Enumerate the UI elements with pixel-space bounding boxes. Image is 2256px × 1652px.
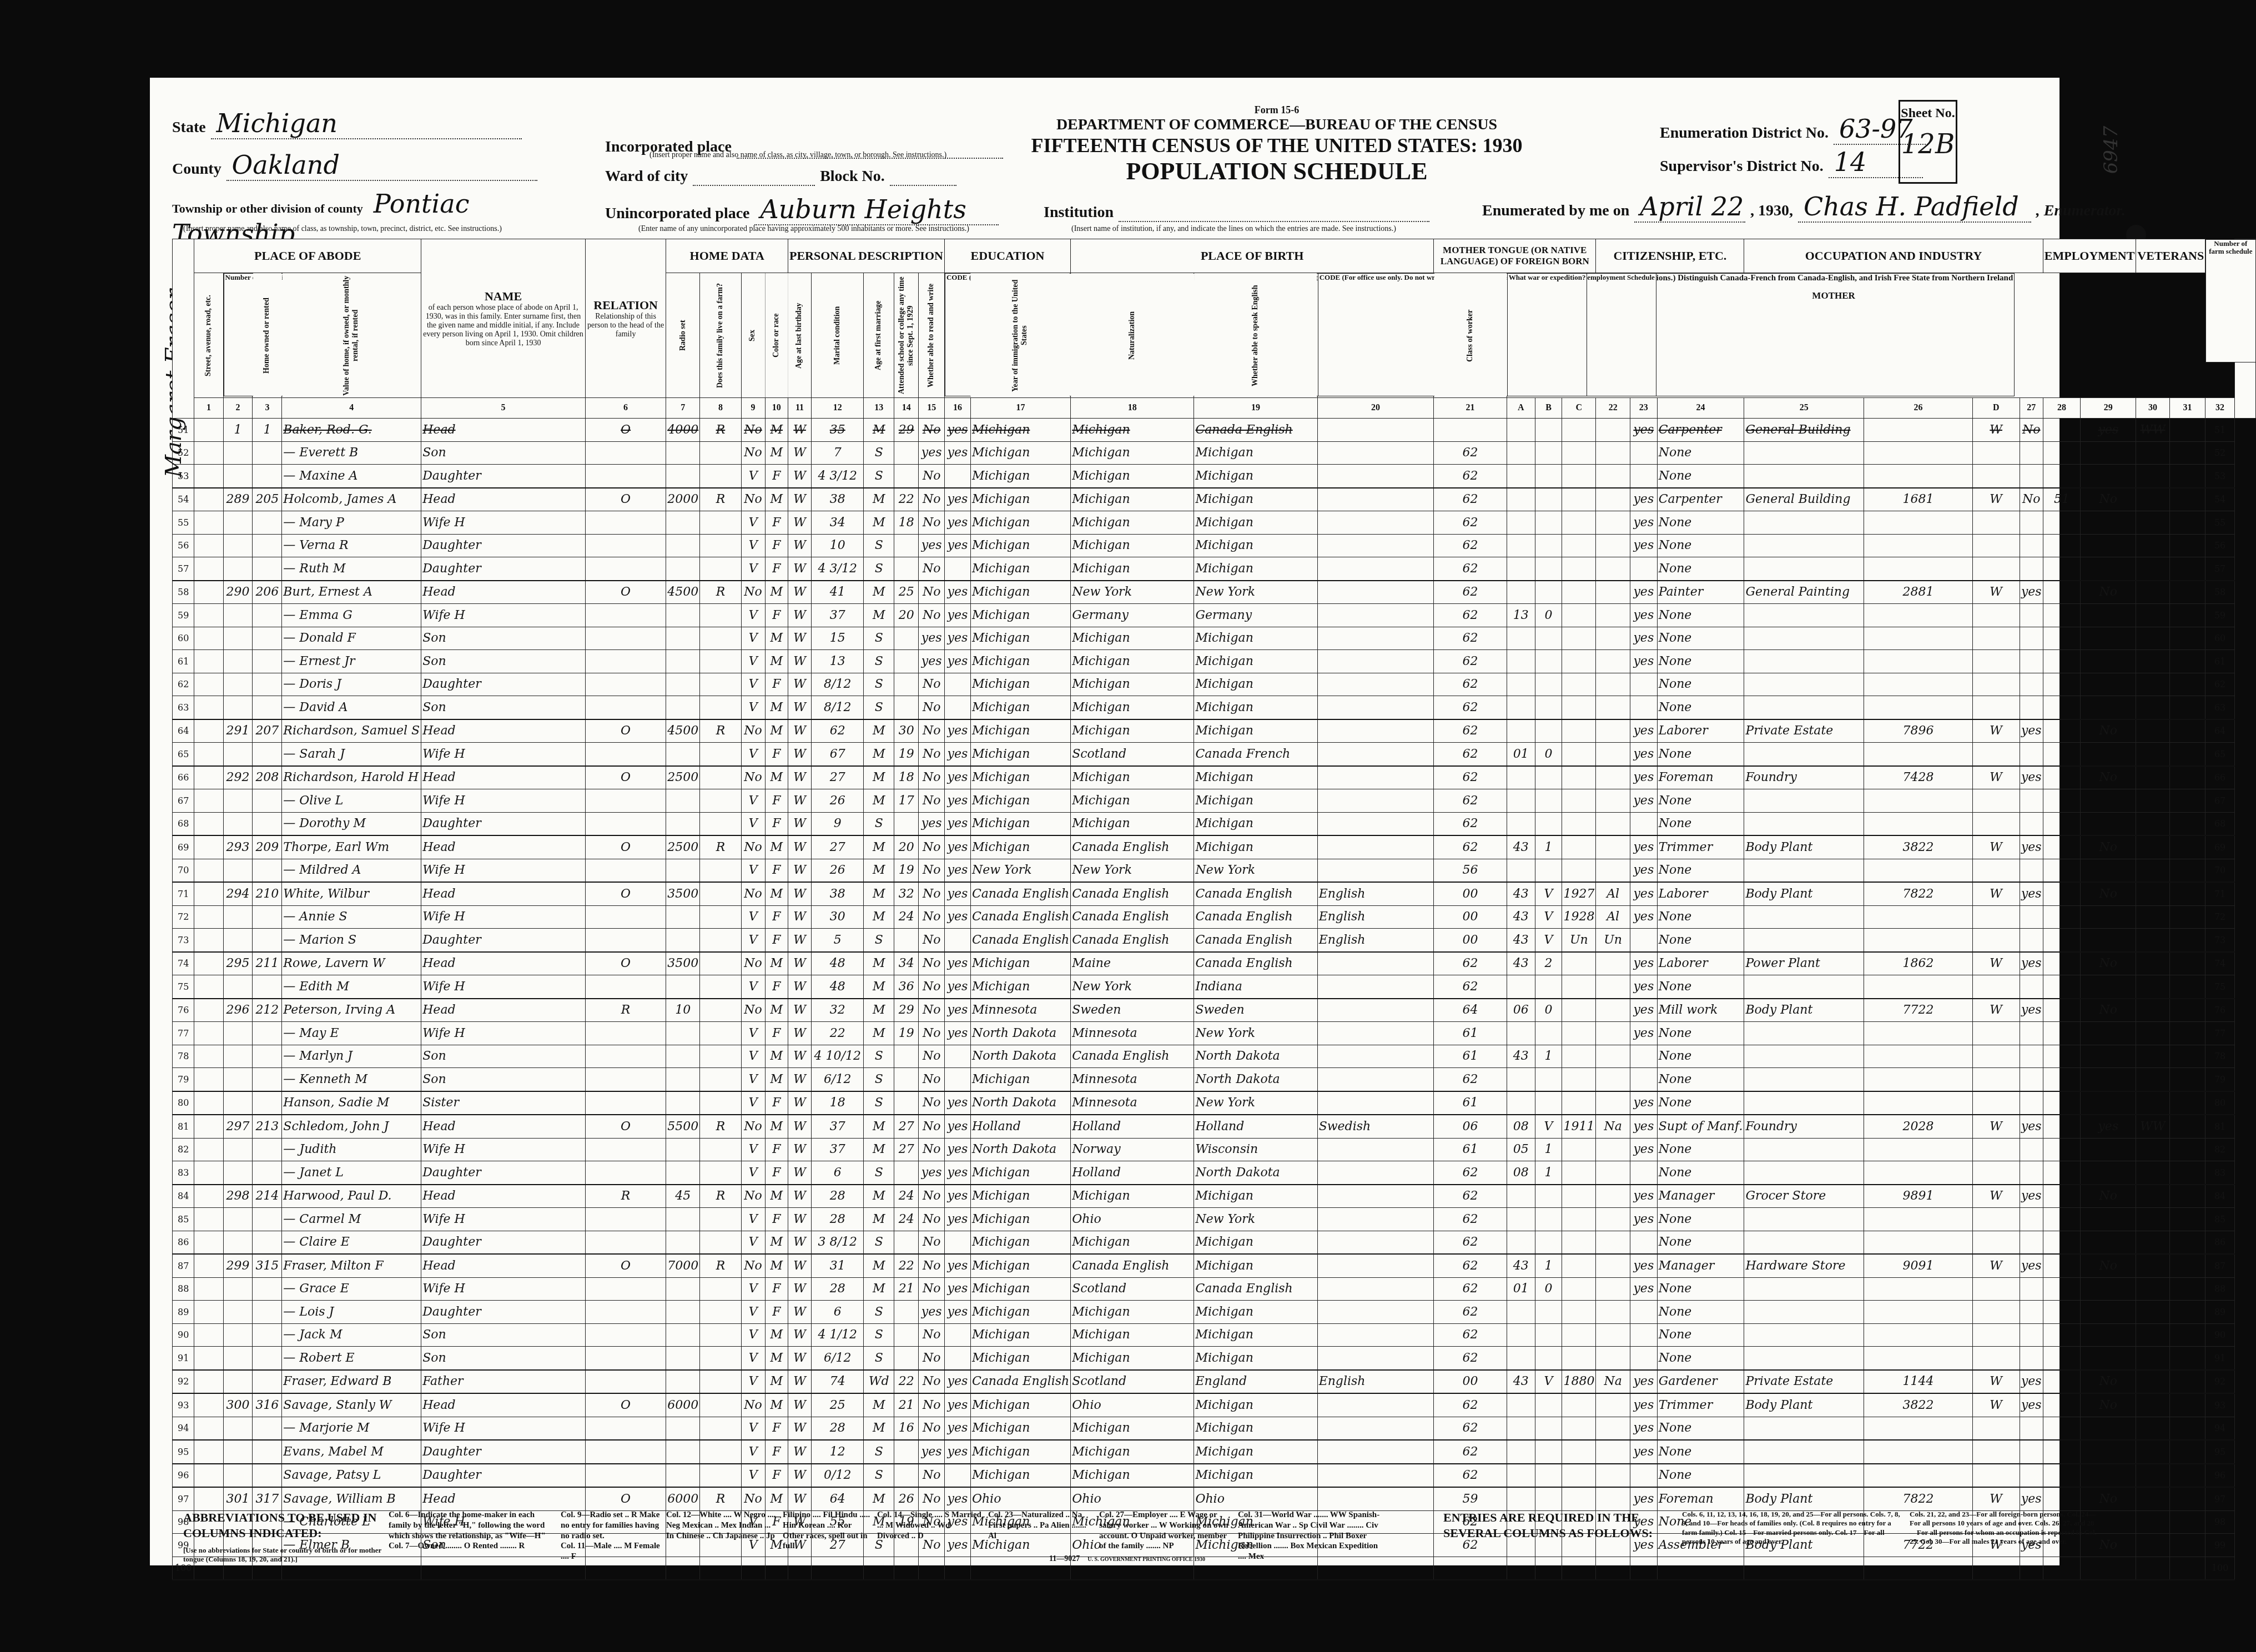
cell-sch: yes <box>919 1161 944 1185</box>
cell-bpf: Canada English <box>1071 1045 1194 1068</box>
cell-lang <box>1317 812 1433 835</box>
cell-read: yes <box>944 604 970 627</box>
cell-work: No <box>2020 419 2043 442</box>
cell-lang <box>1317 835 1433 859</box>
cell-cA: 62 <box>1434 1208 1507 1231</box>
cell-farmsch <box>2169 1440 2205 1464</box>
cell-eng <box>1630 557 1657 581</box>
cell-race: W <box>788 1138 811 1161</box>
line-number-right: 63 <box>2205 696 2235 719</box>
cell-vet <box>2081 743 2136 766</box>
cell-nat <box>1596 1393 1630 1417</box>
cell-dw <box>223 604 253 627</box>
cell-eng: yes <box>1630 1417 1657 1440</box>
cell-cD <box>1864 1557 1972 1580</box>
cell-sch: yes <box>919 441 944 465</box>
cell-bpm: Michigan <box>1194 1440 1317 1464</box>
cell-bpf: Canada English <box>1071 929 1194 952</box>
cell-agem <box>894 1464 919 1488</box>
cell-farmsch <box>2169 882 2205 905</box>
cell-bpf: Michigan <box>1071 1464 1194 1488</box>
cell-age: 41 <box>812 581 864 604</box>
cell-nat <box>1596 441 1630 465</box>
cell-work <box>2020 1045 2043 1068</box>
cell-agem: 26 <box>894 1487 919 1510</box>
cell-cA: 62 <box>1434 1393 1507 1417</box>
cell-cB <box>1507 1022 1535 1045</box>
cell-work: yes <box>2020 999 2043 1022</box>
table-row: 55— Mary PWife HVFW34M18NoyesMichiganMic… <box>173 511 2256 535</box>
cell-farmsch <box>2169 1534 2205 1557</box>
line-number: 63 <box>173 696 194 719</box>
cell-eng <box>1630 441 1657 465</box>
cell-imm <box>1562 465 1596 488</box>
enumeration-date-field: Enumerated by me on April 22 , 1930, Cha… <box>1482 192 2126 223</box>
cell-sex: M <box>765 999 788 1022</box>
cell-race: W <box>788 999 811 1022</box>
cell-race: W <box>788 743 811 766</box>
cell-occ <box>1657 1557 1744 1580</box>
cell-cD <box>1864 557 1972 581</box>
cell-work <box>2020 1347 2043 1370</box>
line-number: 56 <box>173 534 194 557</box>
cell-bpf: Minnesota <box>1071 1068 1194 1091</box>
cell-own <box>585 627 666 650</box>
cell-cB <box>1507 1301 1535 1324</box>
cell-mar: M <box>864 419 894 442</box>
cell-name: Baker, Rod. G. <box>282 419 421 442</box>
cell-name: — Mary P <box>282 511 421 535</box>
cell-ind <box>1744 650 1864 673</box>
cell-imm: Un <box>1562 929 1596 952</box>
cell-agem <box>894 1045 919 1068</box>
cell-name: — Everett B <box>282 441 421 465</box>
cell-radio <box>700 1022 741 1045</box>
cell-cC <box>1535 1464 1562 1488</box>
cell-radio: R <box>700 419 741 442</box>
cell-fam <box>253 1022 282 1045</box>
cell-farmsch <box>2169 1091 2205 1115</box>
cell-cC <box>1535 419 1562 442</box>
cell-name: — Grace E <box>282 1277 421 1301</box>
cell-cA: 62 <box>1434 534 1507 557</box>
cell-nat: Un <box>1596 929 1630 952</box>
column-number: 32 <box>2205 398 2235 419</box>
cell-agem <box>894 534 919 557</box>
cell-val <box>666 1301 700 1324</box>
cell-cD <box>1864 441 1972 465</box>
cell-bp: Michigan <box>970 1417 1070 1440</box>
cell-cB <box>1507 1323 1535 1347</box>
cell-lang <box>1317 419 1433 442</box>
cell-occ: None <box>1657 1464 1744 1488</box>
line-number-right: 56 <box>2205 534 2235 557</box>
cell-lang <box>1317 999 1433 1022</box>
header-race: Color or race <box>765 273 788 398</box>
cell-vet <box>2081 1045 2136 1068</box>
cell-nat <box>1596 975 1630 999</box>
cell-fam <box>253 1045 282 1068</box>
cell-fam <box>253 743 282 766</box>
cell-war <box>2136 1301 2169 1324</box>
cell-own: O <box>585 1115 666 1138</box>
cell-dw <box>223 557 253 581</box>
line-number: 67 <box>173 789 194 813</box>
cell-fam <box>253 1277 282 1301</box>
line-number-right: 57 <box>2205 557 2235 581</box>
cell-farmsch <box>2169 1557 2205 1580</box>
cell-name: — Lois J <box>282 1301 421 1324</box>
cell-eng: yes <box>1630 419 1657 442</box>
cell-rel: Son <box>421 696 586 719</box>
cell-imm <box>1562 766 1596 789</box>
incorporated-note: (Insert proper name and also name of cla… <box>649 151 946 160</box>
cell-imm: 1928 <box>1562 905 1596 929</box>
cell-street <box>194 1208 223 1231</box>
cell-race: W <box>788 465 811 488</box>
cell-age: 7 <box>812 441 864 465</box>
cell-mar: M <box>864 905 894 929</box>
cell-agem: 22 <box>894 1254 919 1277</box>
cell-farmsch <box>2169 1510 2205 1534</box>
cell-age: 10 <box>812 534 864 557</box>
line-number-right: 85 <box>2205 1208 2235 1231</box>
cell-farm: V <box>741 1370 765 1394</box>
cell-name: — Ernest Jr <box>282 650 421 673</box>
line-number: 79 <box>173 1068 194 1091</box>
enumeration-date: April 22 <box>1640 192 1744 221</box>
cell-vet <box>2081 1138 2136 1161</box>
cell-dw: 1 <box>223 419 253 442</box>
cell-vet: No <box>2081 952 2136 975</box>
cell-bp: Michigan <box>970 488 1070 511</box>
cell-name: — Verna R <box>282 534 421 557</box>
cell-vet <box>2081 1091 2136 1115</box>
cell-mar: M <box>864 1208 894 1231</box>
cell-lang <box>1317 673 1433 696</box>
cell-cA: 62 <box>1434 1440 1507 1464</box>
cell-val: 3500 <box>666 882 700 905</box>
cell-work <box>2020 812 2043 835</box>
cell-unemp <box>2043 1370 2081 1394</box>
header-class-worker: Class of worker <box>1434 273 1507 398</box>
cell-cB: 06 <box>1507 999 1535 1022</box>
cell-war <box>2136 1161 2169 1185</box>
cell-dw <box>223 1464 253 1488</box>
footer-entries-1: Cols. 6, 11, 12, 13, 14, 16, 18, 19, 20,… <box>1682 1510 1904 1546</box>
cell-agem: 36 <box>894 975 919 999</box>
cell-dw: 300 <box>223 1393 253 1417</box>
column-number: D <box>1972 398 2020 419</box>
cell-unemp <box>2043 812 2081 835</box>
cell-rel: Wife H <box>421 859 586 882</box>
cell-bp: Canada English <box>970 905 1070 929</box>
cell-eng <box>1630 1301 1657 1324</box>
cell-unemp <box>2043 1231 2081 1254</box>
cell-occ: None <box>1657 534 1744 557</box>
cell-street <box>194 419 223 442</box>
cell-radio <box>700 1068 741 1091</box>
cell-ind: Body Plant <box>1744 1487 1864 1510</box>
cell-read: yes <box>944 812 970 835</box>
cell-bpf: Michigan <box>1071 488 1194 511</box>
cell-own <box>585 604 666 627</box>
line-number-right: 91 <box>2205 1347 2235 1370</box>
cell-fam <box>253 604 282 627</box>
cell-race: W <box>788 882 811 905</box>
cell-bpf: Michigan <box>1071 627 1194 650</box>
cell-imm <box>1562 696 1596 719</box>
footer-col14: Col. 14—Single .... S Married ... M Wido… <box>877 1510 983 1541</box>
cell-fam <box>253 1091 282 1115</box>
footer-col12: Col. 12—White .... W Negro .... Neg Mexi… <box>666 1510 777 1541</box>
cell-age: 4 10/12 <box>812 1045 864 1068</box>
cell-lang <box>1317 581 1433 604</box>
cell-sch: No <box>919 835 944 859</box>
cell-nat <box>1596 789 1630 813</box>
cell-sex: F <box>765 859 788 882</box>
cell-cls <box>1972 1231 2020 1254</box>
cell-cls <box>1972 929 2020 952</box>
cell-read <box>944 1323 970 1347</box>
cell-read: yes <box>944 1254 970 1277</box>
cell-agem <box>894 812 919 835</box>
cell-age: 31 <box>812 1254 864 1277</box>
line-number-right: 80 <box>2205 1091 2235 1115</box>
cell-cB: 43 <box>1507 952 1535 975</box>
cell-bpm: North Dakota <box>1194 1161 1317 1185</box>
cell-agem <box>894 627 919 650</box>
cell-mar: M <box>864 1022 894 1045</box>
cell-age: 4 3/12 <box>812 557 864 581</box>
cell-cD <box>1864 1138 1972 1161</box>
cell-read: yes <box>944 1370 970 1394</box>
cell-bpm: North Dakota <box>1194 1068 1317 1091</box>
cell-sex: M <box>765 1370 788 1394</box>
cell-mar: M <box>864 835 894 859</box>
cell-val <box>666 975 700 999</box>
cell-imm: 1911 <box>1562 1115 1596 1138</box>
cell-sex: M <box>765 1115 788 1138</box>
cell-radio <box>700 1417 741 1440</box>
cell-work: yes <box>2020 766 2043 789</box>
cell-own <box>585 534 666 557</box>
cell-rel: Wife H <box>421 1277 586 1301</box>
cell-rel: Wife H <box>421 1138 586 1161</box>
line-number-right: 59 <box>2205 604 2235 627</box>
table-row: 87299315Fraser, Milton FHeadO7000RNoMW31… <box>173 1254 2256 1277</box>
cell-farmsch <box>2169 1301 2205 1324</box>
cell-occ: None <box>1657 1068 1744 1091</box>
cell-mar: M <box>864 789 894 813</box>
cell-sex: F <box>765 1301 788 1324</box>
cell-age: 27 <box>812 766 864 789</box>
cell-cB: 05 <box>1507 1138 1535 1161</box>
line-number-right: 89 <box>2205 1301 2235 1324</box>
cell-cD: 2881 <box>1864 581 1972 604</box>
cell-unemp <box>2043 1464 2081 1488</box>
cell-race: W <box>788 1301 811 1324</box>
cell-occ: None <box>1657 1323 1744 1347</box>
cell-cA: 62 <box>1434 743 1507 766</box>
cell-own <box>585 1277 666 1301</box>
cell-cls: W <box>1972 1487 2020 1510</box>
cell-ind: Hardware Store <box>1744 1254 1864 1277</box>
cell-bp: Michigan <box>970 766 1070 789</box>
cell-cC: V <box>1535 882 1562 905</box>
cell-lang <box>1317 743 1433 766</box>
cell-street <box>194 673 223 696</box>
cell-war <box>2136 882 2169 905</box>
cell-read <box>944 1045 970 1068</box>
cell-cC: V <box>1535 1115 1562 1138</box>
line-number-right: 73 <box>2205 929 2235 952</box>
table-row: 54289205Holcomb, James AHeadO2000RNoMW38… <box>173 488 2256 511</box>
table-row: 94— Marjorie MWife HVFW28M16NoyesMichiga… <box>173 1417 2256 1440</box>
table-row: 62— Doris JDaughterVFW8/12SNoMichiganMic… <box>173 673 2256 696</box>
cell-radio <box>700 511 741 535</box>
cell-cB <box>1507 1557 1535 1580</box>
cell-val <box>666 1208 700 1231</box>
cell-age: 74 <box>812 1370 864 1394</box>
cell-sch: No <box>919 975 944 999</box>
cell-own <box>585 929 666 952</box>
cell-val <box>666 696 700 719</box>
cell-sch: No <box>919 905 944 929</box>
cell-nat <box>1596 1068 1630 1091</box>
cell-nat <box>1596 835 1630 859</box>
cell-imm <box>1562 1347 1596 1370</box>
cell-read: yes <box>944 859 970 882</box>
cell-ind <box>1744 1138 1864 1161</box>
header-home-owned: Home owned or rented <box>253 273 282 398</box>
cell-street <box>194 581 223 604</box>
cell-agem: 24 <box>894 1185 919 1208</box>
column-number-row: 123456789101112131415161718192021ABC2223… <box>173 398 2256 419</box>
cell-farmsch <box>2169 1231 2205 1254</box>
cell-radio: R <box>700 1254 741 1277</box>
cell-sex: F <box>765 1464 788 1488</box>
line-number: 87 <box>173 1254 194 1277</box>
cell-sex: F <box>765 905 788 929</box>
cell-lang <box>1317 604 1433 627</box>
cell-imm <box>1562 604 1596 627</box>
cell-cls <box>1972 465 2020 488</box>
cell-lang <box>1317 1440 1433 1464</box>
cell-unemp <box>2043 1254 2081 1277</box>
cell-street <box>194 1138 223 1161</box>
column-number: 4 <box>282 398 421 419</box>
cell-occ: Trimmer <box>1657 835 1744 859</box>
cell-eng <box>1630 1347 1657 1370</box>
cell-occ: Foreman <box>1657 1487 1744 1510</box>
cell-eng: yes <box>1630 1393 1657 1417</box>
cell-rel: Wife H <box>421 905 586 929</box>
cell-mar: S <box>864 534 894 557</box>
cell-bpm: Canada French <box>1194 743 1317 766</box>
cell-work <box>2020 441 2043 465</box>
header-sex: Sex <box>741 273 765 398</box>
cell-sch: yes <box>919 1301 944 1324</box>
table-row: 100100 <box>173 1557 2256 1580</box>
cell-nat <box>1596 1347 1630 1370</box>
cell-lang <box>1317 1068 1433 1091</box>
line-number: 71 <box>173 882 194 905</box>
column-number: 10 <box>765 398 788 419</box>
cell-cls <box>1972 1464 2020 1488</box>
cell-nat <box>1596 696 1630 719</box>
cell-war <box>2136 1347 2169 1370</box>
cell-race: W <box>788 1185 811 1208</box>
table-row: 85— Carmel MWife HVFW28M24NoyesMichiganO… <box>173 1208 2256 1231</box>
cell-fam: 213 <box>253 1115 282 1138</box>
cell-nat <box>1596 1487 1630 1510</box>
cell-race: W <box>788 1277 811 1301</box>
cell-bpm: Michigan <box>1194 835 1317 859</box>
cell-lang <box>1317 488 1433 511</box>
cell-val <box>666 650 700 673</box>
cell-farmsch <box>2169 441 2205 465</box>
cell-lang <box>1317 1254 1433 1277</box>
cell-sex: F <box>765 1022 788 1045</box>
cell-cD: 3822 <box>1864 1393 1972 1417</box>
cell-street <box>194 1277 223 1301</box>
cell-imm <box>1562 1068 1596 1091</box>
cell-fam <box>253 812 282 835</box>
cell-cD: 7822 <box>1864 1487 1972 1510</box>
cell-bp: Michigan <box>970 1254 1070 1277</box>
cell-sex: F <box>765 1277 788 1301</box>
cell-farmsch <box>2169 1277 2205 1301</box>
cell-cA: 62 <box>1434 1347 1507 1370</box>
cell-imm <box>1562 999 1596 1022</box>
cell-own: O <box>585 766 666 789</box>
cell-sch: No <box>919 766 944 789</box>
line-number: 53 <box>173 465 194 488</box>
group-place-of-abode: PLACE OF ABODE <box>194 239 421 273</box>
line-number-right: 88 <box>2205 1277 2235 1301</box>
line-number-right: 99 <box>2205 1534 2235 1557</box>
cell-farmsch <box>2169 419 2205 442</box>
cell-dw <box>223 1161 253 1185</box>
line-number-right: 53 <box>2205 465 2235 488</box>
cell-rel: Wife H <box>421 511 586 535</box>
column-number: 16 <box>944 398 970 419</box>
cell-val: 2500 <box>666 766 700 789</box>
unincorporated-note: (Enter name of any unincorporated place … <box>638 225 969 234</box>
cell-own: O <box>585 1487 666 1510</box>
cell-cC: 0 <box>1535 604 1562 627</box>
cell-war <box>2136 929 2169 952</box>
cell-war <box>2136 604 2169 627</box>
cell-cls <box>1972 1557 2020 1580</box>
cell-fam: 211 <box>253 952 282 975</box>
cell-bp: Michigan <box>970 581 1070 604</box>
cell-bp: Michigan <box>970 1161 1070 1185</box>
cell-ind: General Building <box>1744 419 1864 442</box>
cell-war <box>2136 1138 2169 1161</box>
cell-cD <box>1864 1277 1972 1301</box>
cell-farm: V <box>741 557 765 581</box>
cell-street <box>194 1161 223 1185</box>
table-row: 70— Mildred AWife HVFW26M19NoyesNew York… <box>173 859 2256 882</box>
cell-bp: Michigan <box>970 1464 1070 1488</box>
line-number: 77 <box>173 1022 194 1045</box>
cell-cls <box>1972 1138 2020 1161</box>
line-number-right: 78 <box>2205 1045 2235 1068</box>
cell-rel: Son <box>421 1347 586 1370</box>
cell-own <box>585 905 666 929</box>
